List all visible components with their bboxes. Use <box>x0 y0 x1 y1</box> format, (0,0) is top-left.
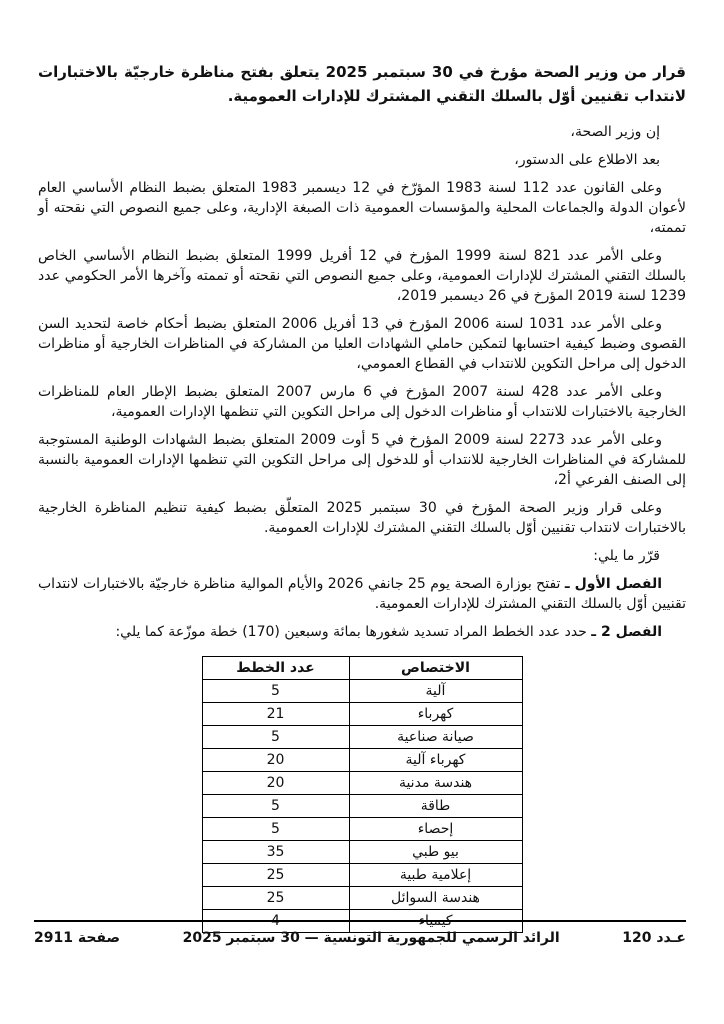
article-2-text: حدد عدد الخطط المراد تسديد شغورها بمائة … <box>115 624 586 640</box>
decree-document: قرار من وزير الصحة مؤرخ في 30 سبتمبر 202… <box>0 0 724 933</box>
intro-line-constitution: بعد الاطلاع على الدستور، <box>38 150 686 170</box>
table-row: هندسة مدنية 20 <box>202 772 522 795</box>
table-row: هندسة السوائل 25 <box>202 887 522 910</box>
page-footer: عـدد 120 الرائد الرسمي للجمهورية التونسي… <box>34 920 686 946</box>
positions-cell: 5 <box>202 680 349 703</box>
specialty-cell: هندسة مدنية <box>349 772 522 795</box>
decree-title: قرار من وزير الصحة مؤرخ في 30 سبتمبر 202… <box>38 60 686 108</box>
specialty-cell: بيو طبي <box>349 841 522 864</box>
article-1: الفصل الأول ـ تفتح بوزارة الصحة يوم 25 ج… <box>38 574 686 614</box>
footer-issue-number: عـدد 120 <box>622 930 686 946</box>
specialty-cell: إحصاء <box>349 818 522 841</box>
table-row: آلية 5 <box>202 680 522 703</box>
specialty-cell: إعلامية طبية <box>349 864 522 887</box>
positions-cell: 5 <box>202 818 349 841</box>
table-row: إحصاء 5 <box>202 818 522 841</box>
table-header-specialty: الاختصاص <box>349 657 522 680</box>
specialty-cell: كهرباء <box>349 703 522 726</box>
table-row: كهرباء آلية 20 <box>202 749 522 772</box>
table-row: طاقة 5 <box>202 795 522 818</box>
visa-paragraph-order-2025: وعلى قرار وزير الصحة المؤرخ في 30 سبتمبر… <box>38 498 686 538</box>
specialty-cell: كهرباء آلية <box>349 749 522 772</box>
visa-paragraph-law-112: وعلى القانون عدد 112 لسنة 1983 المؤرّخ ف… <box>38 178 686 238</box>
specialty-cell: آلية <box>349 680 522 703</box>
positions-table: الاختصاص عدد الخطط آلية 5 كهرباء 21 صيان… <box>202 656 523 933</box>
footer-journal-title: الرائد الرسمي للجمهورية التونسية — 30 سب… <box>183 930 560 946</box>
positions-cell: 35 <box>202 841 349 864</box>
table-row: إعلامية طبية 25 <box>202 864 522 887</box>
visa-paragraph-decree-2273: وعلى الأمر عدد 2273 لسنة 2009 المؤرخ في … <box>38 430 686 490</box>
intro-line-minister: إن وزير الصحة، <box>38 122 686 142</box>
visa-paragraph-decree-821: وعلى الأمر عدد 821 لسنة 1999 المؤرخ في 1… <box>38 246 686 306</box>
table-header-row: الاختصاص عدد الخطط <box>202 657 522 680</box>
specialty-cell: طاقة <box>349 795 522 818</box>
specialty-cell: هندسة السوائل <box>349 887 522 910</box>
enactment-line: قرّر ما يلي: <box>38 546 686 566</box>
positions-cell: 25 <box>202 864 349 887</box>
positions-cell: 5 <box>202 726 349 749</box>
positions-cell: 5 <box>202 795 349 818</box>
positions-cell: 21 <box>202 703 349 726</box>
visa-paragraph-decree-428: وعلى الأمر عدد 428 لسنة 2007 المؤرخ في 6… <box>38 382 686 422</box>
table-header-positions: عدد الخطط <box>202 657 349 680</box>
footer-page-number: صفحة 2911 <box>34 930 120 946</box>
table-row: بيو طبي 35 <box>202 841 522 864</box>
specialty-cell: صيانة صناعية <box>349 726 522 749</box>
article-2-label: الفصل 2 ـ <box>591 624 662 640</box>
article-2: الفصل 2 ـ حدد عدد الخطط المراد تسديد شغو… <box>38 622 686 642</box>
visa-paragraph-decree-1031: وعلى الأمر عدد 1031 لسنة 2006 المؤرخ في … <box>38 314 686 374</box>
positions-cell: 25 <box>202 887 349 910</box>
table-row: كهرباء 21 <box>202 703 522 726</box>
gazette-page: قرار من وزير الصحة مؤرخ في 30 سبتمبر 202… <box>0 0 724 1024</box>
positions-cell: 20 <box>202 772 349 795</box>
positions-cell: 20 <box>202 749 349 772</box>
table-row: صيانة صناعية 5 <box>202 726 522 749</box>
article-1-label: الفصل الأول ـ <box>565 576 662 592</box>
